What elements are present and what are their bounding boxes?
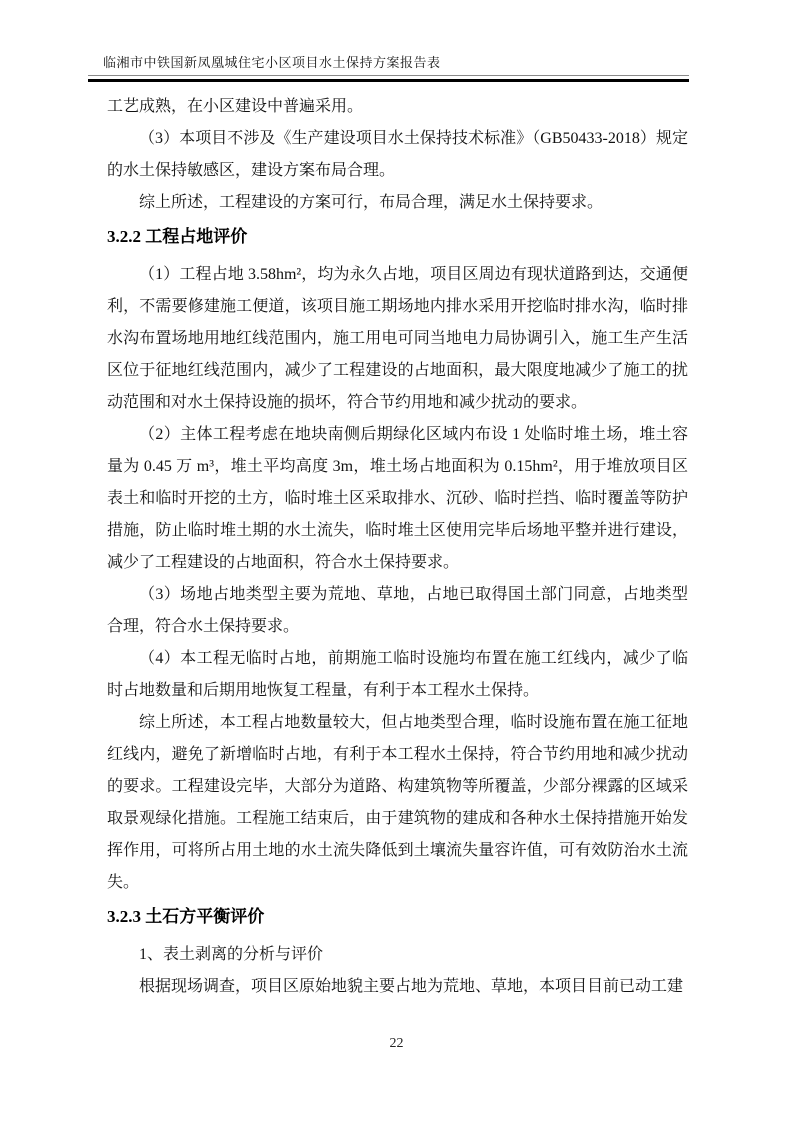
- section-heading: 3.2.3 土石方平衡评价: [107, 901, 688, 933]
- document-body: 工艺成熟，在小区建设中普遍采用。（3）本项目不涉及《生产建设项目水土保持技术标准…: [107, 91, 688, 1003]
- document-page: 临湘市中铁国新凤凰城住宅小区项目水土保持方案报告表 工艺成熟，在小区建设中普遍采…: [0, 0, 793, 1122]
- paragraph: 根据现场调查，项目区原始地貌主要占地为荒地、草地，本项目目前已动工建: [107, 971, 688, 1003]
- paragraph: （4）本工程无临时占地，前期施工临时设施均布置在施工红线内，减少了临时占地数量和…: [107, 643, 688, 707]
- paragraph: 工艺成熟，在小区建设中普遍采用。: [107, 91, 688, 123]
- paragraph: （3）本项目不涉及《生产建设项目水土保持技术标准》（GB50433-2018）规…: [107, 123, 688, 187]
- paragraph: 综上所述，工程建设的方案可行，布局合理，满足水土保持要求。: [107, 187, 688, 219]
- paragraph: （3）场地占地类型主要为荒地、草地，占地已取得国土部门同意，占地类型合理，符合水…: [107, 579, 688, 643]
- page-header-title: 临湘市中铁国新凤凰城住宅小区项目水土保持方案报告表: [88, 53, 689, 72]
- page-number: 22: [0, 1036, 793, 1052]
- header-divider: [88, 75, 689, 82]
- page-header: 临湘市中铁国新凤凰城住宅小区项目水土保持方案报告表: [88, 53, 689, 82]
- paragraph: 1、表土剥离的分析与评价: [107, 939, 688, 971]
- paragraph: （1）工程占地 3.58hm²，均为永久占地，项目区周边有现状道路到达，交通便利…: [107, 259, 688, 419]
- section-heading: 3.2.2 工程占地评价: [107, 221, 688, 253]
- paragraph: 综上所述，本工程占地数量较大，但占地类型合理，临时设施布置在施工征地红线内，避免…: [107, 707, 688, 899]
- paragraph: （2）主体工程考虑在地块南侧后期绿化区域内布设 1 处临时堆土场，堆土容量为 0…: [107, 419, 688, 579]
